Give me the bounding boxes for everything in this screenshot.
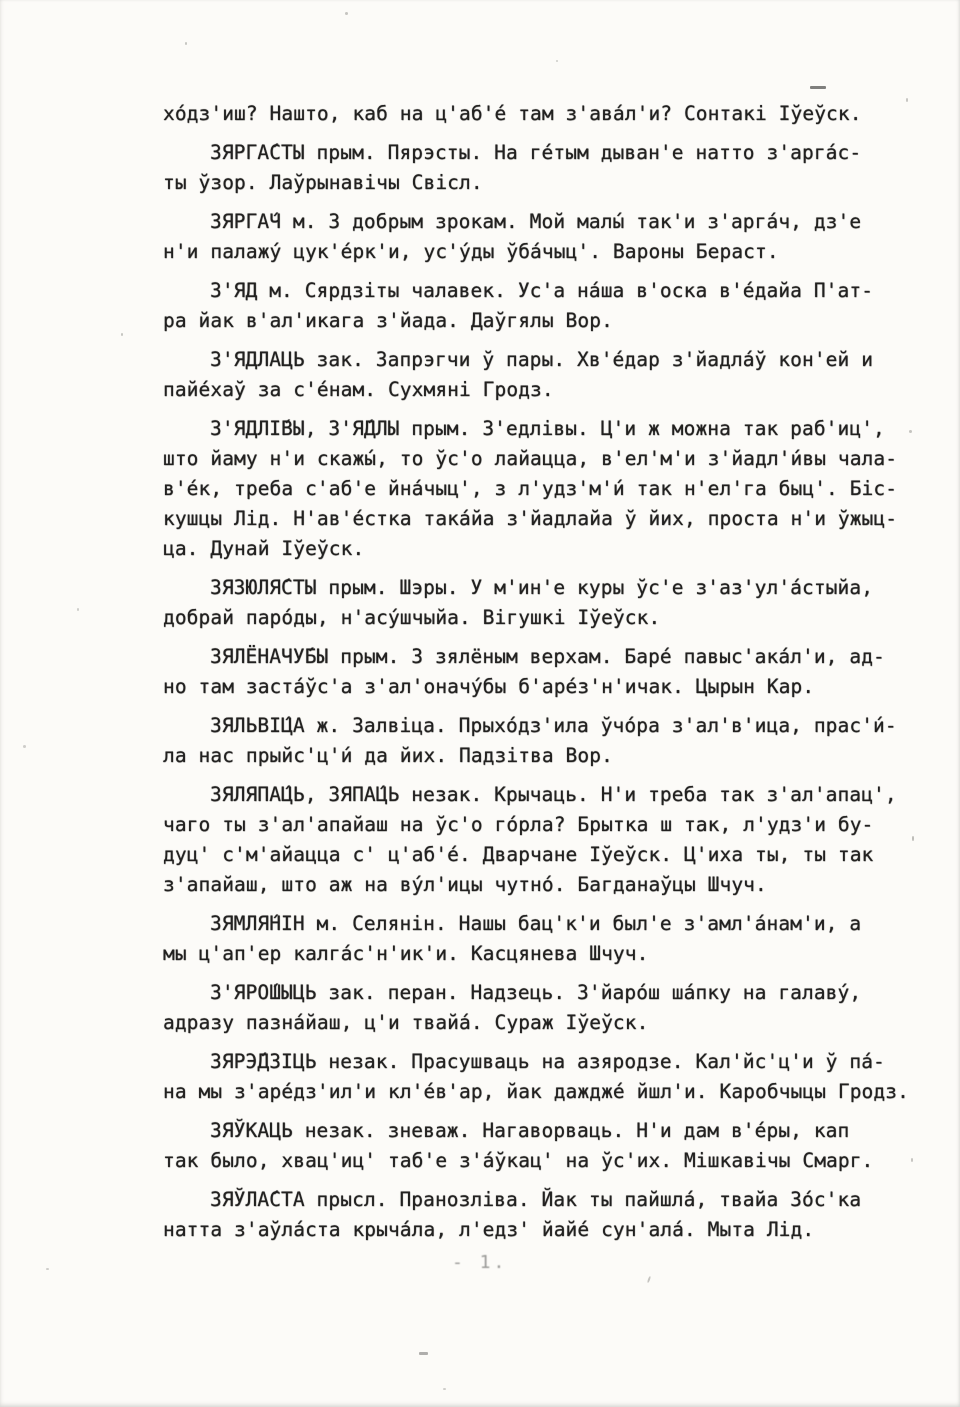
text-line: н'и палажу́ цук'е́рк'и, ус'у́ды ўба́чыц'… [163, 237, 933, 267]
stray-dash-mark [419, 1352, 428, 1355]
dictionary-entry: З'ЯДЛАЦЬ зак. Запрэгчи ў пары. Хв'е́дар … [163, 345, 933, 405]
scan-speck [23, 745, 26, 748]
text-line: ЗЯЛЁНАЧУ́БЫ прым. З зялёным верхам. Баре… [163, 642, 933, 672]
dictionary-entry: ЗЯРГА́СТЫ прым. Пярэсты. На ге́тым дыван… [163, 138, 933, 198]
text-line: ЗЯЛЯПА́ЦЬ, ЗЯПА́ЦЬ незак. Крычаць. Н'и т… [163, 780, 933, 810]
text-line: ЗЯЎКАЦЬ незак. зневаж. Нагаворваць. Н'и … [163, 1116, 933, 1146]
text-line: адразу пазна́йаш, ц'и твайа́. Сураж Іўеў… [163, 1008, 933, 1038]
text-line: ЗЯРЭ́ДЗІЦЬ незак. Прасушваць на азяродзе… [163, 1047, 933, 1077]
scan-speck [77, 608, 79, 611]
text-line: мы ц'ап'ер калга́с'н'ик'и. Касцянева Шчу… [163, 939, 933, 969]
dictionary-entry: З'ЯДЛІ́ВЫ, З'Я́ДЛЫ прым. З'едлівы. Ц'и ж… [163, 414, 933, 564]
text-line: ра йак в'ал'икага з'йада. Даўгялы Вор. [163, 306, 933, 336]
dictionary-entry: ЗЯМЛЯ́НІН м. Селянін. Нашы бац'к'и был'е… [163, 909, 933, 969]
dictionary-entry: ЗЯЛЬВІ́ЦА ж. Залвіца. Прыхо́дз'ила ўчо́р… [163, 711, 933, 771]
text-line: пайе́хаў за с'е́нам. Сухмяні Гродз. [163, 375, 933, 405]
dictionary-entry: З'ЯРО́ШЫЦЬ зак. перан. Надзець. З'йаро́ш… [163, 978, 933, 1038]
scanned-dictionary-page: хо́дз'иш? Нашто, каб на ц'аб'е́ там з'ав… [0, 0, 960, 1407]
text-line: ЗЯЎЛА́СТА прысл. Пранозліва. Йак ты пайш… [163, 1185, 933, 1215]
scan-speck [647, 1276, 651, 1283]
text-line: ЗЯЛЬВІ́ЦА ж. Залвіца. Прыхо́дз'ила ўчо́р… [163, 711, 933, 741]
text-line: ЗЯЗЮЛЯ́СТЫ прым. Шэры. У м'ин'е куры ўс'… [163, 573, 933, 603]
text-line: чаго ты з'ал'апайаш на ўс'о го́рла? Брыт… [163, 810, 933, 840]
dictionary-entry: ЗЯЎКАЦЬ незак. зневаж. Нагаворваць. Н'и … [163, 1116, 933, 1176]
scan-speck [345, 12, 348, 15]
text-line: З'ЯРО́ШЫЦЬ зак. перан. Надзець. З'йаро́ш… [163, 978, 933, 1008]
text-line: но там заста́ўс'а з'ал'оначу́бы б'аре́з'… [163, 672, 933, 702]
scan-speck [121, 333, 123, 336]
text-line: на мы з'аре́дз'ил'и кл'е́в'ар, йак даждж… [163, 1077, 933, 1107]
text-line: ЗЯРГА́Ч м. З добрым зрокам. Мой малы́ та… [163, 207, 933, 237]
dictionary-entry: ЗЯЛЁНАЧУ́БЫ прым. З зялёным верхам. Баре… [163, 642, 933, 702]
text-line: так было, хвац'иц' таб'е з'а́ўкац' на ўс… [163, 1146, 933, 1176]
stray-dash-mark [810, 86, 826, 89]
text-line: хо́дз'иш? Нашто, каб на ц'аб'е́ там з'ав… [163, 99, 933, 129]
text-line: ла нас прыйс'ц'и́ да йих. Падзітва Вор. [163, 741, 933, 771]
page-number: - 1. [452, 1252, 507, 1273]
text-line: З'ЯД м. Сярдзіты чалавек. Ус'а на́ша в'о… [163, 276, 933, 306]
dictionary-entry: ЗЯРЭ́ДЗІЦЬ незак. Прасушваць на азяродзе… [163, 1047, 933, 1107]
continuation-paragraph: хо́дз'иш? Нашто, каб на ц'аб'е́ там з'ав… [163, 99, 933, 129]
text-line: ЗЯРГА́СТЫ прым. Пярэсты. На ге́тым дыван… [163, 138, 933, 168]
text-line: натта з'аўла́ста крыча́ла, л'едз' йайе́ … [163, 1215, 933, 1245]
scan-speck [185, 42, 187, 45]
dictionary-entry: З'ЯД м. Сярдзіты чалавек. Ус'а на́ша в'о… [163, 276, 933, 336]
dictionary-entry: ЗЯЎЛА́СТА прысл. Пранозліва. Йак ты пайш… [163, 1185, 933, 1245]
text-line: З'ЯДЛАЦЬ зак. Запрэгчи ў пары. Хв'е́дар … [163, 345, 933, 375]
text-line: З'ЯДЛІ́ВЫ, З'Я́ДЛЫ прым. З'едлівы. Ц'и ж… [163, 414, 933, 444]
text-line: в'е́к, треба с'аб'е йна́чыц', з л'удз'м'… [163, 474, 933, 504]
scan-speck [556, 60, 558, 62]
text-line: дуц' с'м'айацца с' ц'аб'е́. Дварчане Іўе… [163, 840, 933, 870]
scan-speck [443, 1388, 446, 1390]
page-text: хо́дз'иш? Нашто, каб на ц'аб'е́ там з'ав… [163, 99, 933, 1254]
text-line: што йаму н'и скажы́, то ўс'о лайацца, в'… [163, 444, 933, 474]
text-line: кушцы Лід. Н'ав'е́стка така́йа з'йадлайа… [163, 504, 933, 534]
scan-speck [46, 1268, 49, 1270]
text-line: ца. Дунай Іўеўск. [163, 534, 933, 564]
text-line: ЗЯМЛЯ́НІН м. Селянін. Нашы бац'к'и был'е… [163, 909, 933, 939]
text-line: з'апайаш, што аж на ву́л'ицы чутно́. Баг… [163, 870, 933, 900]
text-line: добрай паро́ды, н'асу́шчыйа. Вігушкі Іўе… [163, 603, 933, 633]
text-line: ты ўзор. Лаўрынавічы Свісл. [163, 168, 933, 198]
dictionary-entry: ЗЯЛЯПА́ЦЬ, ЗЯПА́ЦЬ незак. Крычаць. Н'и т… [163, 780, 933, 900]
dictionary-entry: ЗЯЗЮЛЯ́СТЫ прым. Шэры. У м'ин'е куры ўс'… [163, 573, 933, 633]
dictionary-entry: ЗЯРГА́Ч м. З добрым зрокам. Мой малы́ та… [163, 207, 933, 267]
